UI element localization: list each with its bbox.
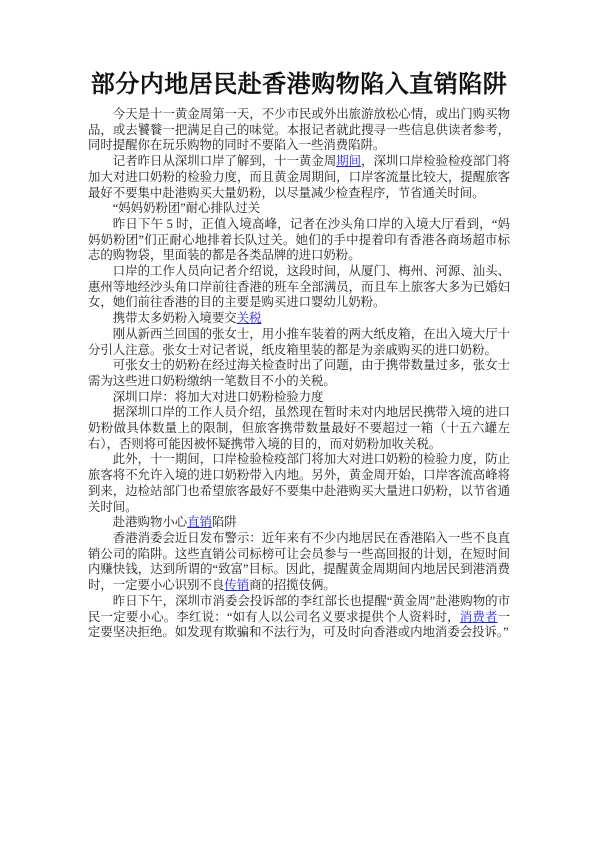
section-heading: “妈妈奶粉团”耐心排队过关 [88,201,510,217]
document-page: 部分内地居民赴香港购物陷入直销陷阱 今天是十一黄金周第一天，不少市民或外出旅游放… [0,0,595,842]
paragraph: 刚从新西兰回国的张女士，用小推车装着的两大纸皮箱，在出入境大厅十分引人注意。张女… [88,327,510,358]
inline-link[interactable]: 关税 [237,311,262,325]
paragraph: 昨日下午 5 时，正值入境高峰，记者在沙头角口岸的入境大厅看到，“妈妈奶粉团”们… [88,217,510,264]
section-heading: 深圳口岸：将加大对进口奶粉检验力度 [88,390,510,406]
paragraph: 据深圳口岸的工作人员介绍，虽然现在暂时未对内地居民携带入境的进口奶粉做具体数量上… [88,405,510,452]
article-title: 部分内地居民赴香港购物陷入直销陷阱 [88,69,510,101]
section-heading: 携带太多奶粉入境要交关税 [88,311,510,327]
paragraph: 可张女士的奶粉在经过海关检查时出了问题，由于携带数量过多，张女士需为这些进口奶粉… [88,358,510,389]
paragraph: 此外，十一期间，口岸检验检疫部门将加大对进口奶粉的检验力度，防止旅客将不允许入境… [88,452,510,515]
paragraph: 口岸的工作人员向记者介绍说，这段时间，从厦门、梅州、河源、汕头、惠州等地经沙头角… [88,264,510,311]
paragraph: 今天是十一黄金周第一天，不少市民或外出旅游放松心情，或出门购买物品，或去饕餮一把… [88,107,510,154]
inline-link[interactable]: 期间 [336,154,361,168]
paragraph: 昨日下午，深圳市消委会投诉部的李红部长也提醒“黄金周”赴港购物的市民一定要小心。… [88,594,510,641]
inline-link[interactable]: 消费者 [460,610,498,624]
inline-link[interactable]: 传销 [224,578,249,592]
inline-link[interactable]: 直销 [187,515,212,529]
paragraph: 香港消委会近日发布警示：近年来有不少内地居民在香港陷入一些不良直销公司的陷阱。这… [88,531,510,594]
section-heading: 赴港购物小心直销陷阱 [88,515,510,531]
paragraph: 记者昨日从深圳口岸了解到，十一黄金周期间，深圳口岸检验检疫部门将加大对进口奶粉的… [88,154,510,201]
article-body: 今天是十一黄金周第一天，不少市民或外出旅游放松心情，或出门购买物品，或去饕餮一把… [88,107,510,641]
